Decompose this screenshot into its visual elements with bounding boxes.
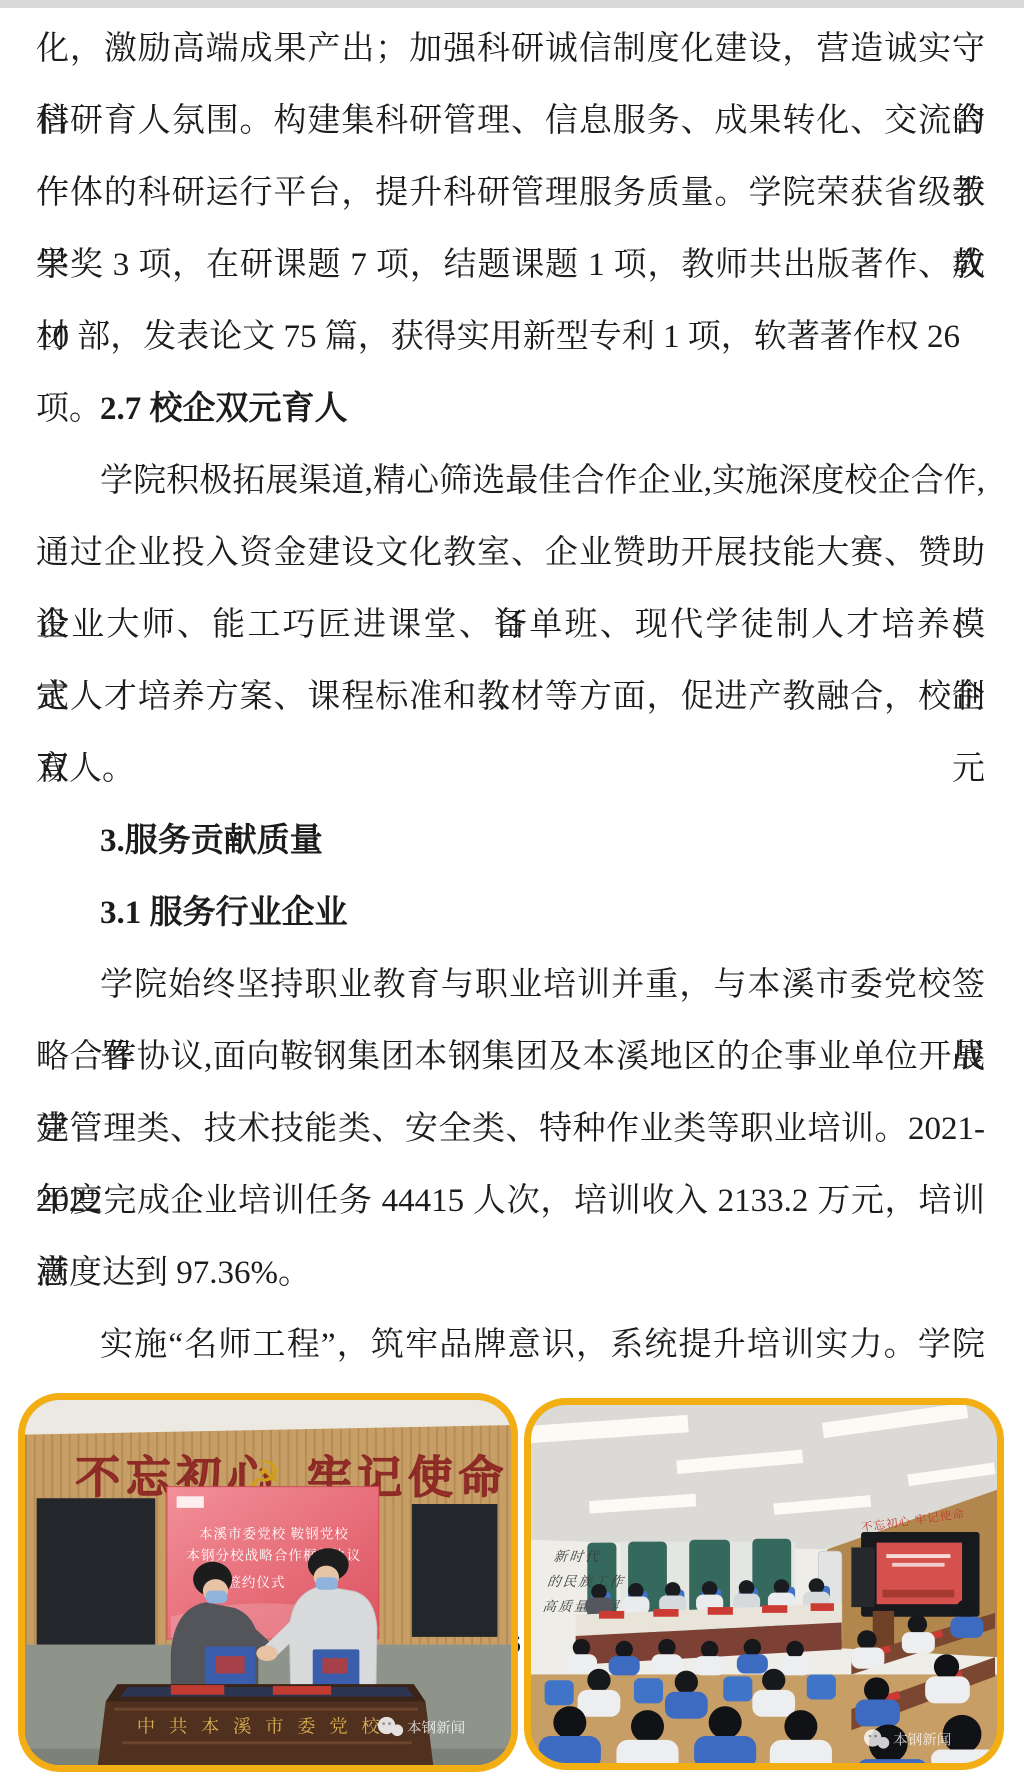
face-mask: [316, 1577, 338, 1590]
text-line: 年度完成企业培训任务 44415 人次，培训收入 2133.2 万元，培训满: [36, 1165, 985, 1237]
blackboard-right: [412, 1504, 498, 1637]
audience-row-mid: [545, 1669, 836, 1719]
text-line: 定人才培养方案、课程标准和教材等方面，促进产教融合，校企双元: [36, 661, 985, 733]
speaker: [851, 1547, 874, 1607]
document-text: 化，激励高端成果产出；加强科研诚信制度化建设，营造诚实守信的 科研育人氛围。构建…: [36, 13, 985, 1381]
photo-training-meeting: 不忘初心 牢记使命 新时代 的民族工作 高质量发展: [524, 1398, 1004, 1770]
blackboard-left: [37, 1498, 156, 1644]
text-line: 建管理类、技术技能类、安全类、特种作业类等职业培训。2021-2022: [36, 1093, 985, 1165]
text-line: 化，激励高端成果产出；加强科研诚信制度化建设，营造诚实守信的: [36, 13, 985, 85]
screen-title-line1: 本溪市委党校 鞍钢党校: [199, 1526, 349, 1542]
screen-logo: [177, 1496, 204, 1508]
text-line: 略合作协议,面向鞍钢集团本钢集团及本溪地区的企事业单位开展党: [36, 1021, 985, 1093]
photo-signing-ceremony: 不忘初心 ☭ 牢记使命 本溪市委党校 鞍钢党校 本钢分校战略合作框架协议 签约仪…: [18, 1393, 518, 1772]
watermark-text: 本钢新闻: [893, 1732, 951, 1749]
podium-nameplate: 中共本溪市委党校: [137, 1716, 394, 1736]
section-heading: 3.1 服务行业企业: [36, 877, 985, 949]
calligraphy-line2: 的民族工作: [546, 1574, 626, 1589]
text-line: 学院积极拓展渠道,精心筛选最佳合作企业,实施深度校企合作,: [36, 445, 985, 517]
text-line: 一体的科研运行平台，提升科研管理服务质量。学院荣获省级教学成: [36, 157, 985, 229]
text-line: 科研育人氛围。构建集科研管理、信息服务、成果转化、交流合作于: [36, 85, 985, 157]
handshake: [256, 1646, 277, 1661]
text-line: 学院始终坚持职业教育与职业培训并重，与本溪市委党校签署战: [36, 949, 985, 1021]
red-folder: [273, 1686, 331, 1695]
top-divider-bar: [0, 0, 1024, 8]
red-folder: [171, 1685, 224, 1695]
section-heading: 3.服务贡献质量: [36, 805, 985, 877]
text-line: 企业大师、能工巧匠进课堂、订单班、现代学徒制人才培养模式、制: [36, 589, 985, 661]
document-page: { "page": { "number": "6", "accent_borde…: [0, 0, 1024, 1774]
text-line: 实施“名师工程”，筑牢品牌意识，系统提升培训实力。学院: [36, 1309, 985, 1381]
section-heading: 2.7 校企双元育人: [36, 373, 985, 445]
text-line: 意度达到 97.36%。: [36, 1237, 985, 1309]
training-meeting-illustration: 不忘初心 牢记使命 新时代 的民族工作 高质量发展: [531, 1405, 997, 1763]
text-line: 通过企业投入资金建设文化教室、企业赞助开展技能大赛、赞助设备、: [36, 517, 985, 589]
signing-ceremony-illustration: 不忘初心 ☭ 牢记使命 本溪市委党校 鞍钢党校 本钢分校战略合作框架协议 签约仪…: [25, 1400, 511, 1765]
screen-title-line3: 签约仪式: [227, 1575, 285, 1590]
calligraphy-line1: 新时代: [553, 1549, 601, 1564]
text-line: 果奖 3 项，在研课题 7 项，结题课题 1 项，教师共出版著作、教材: [36, 229, 985, 301]
watermark-text: 本钢新闻: [407, 1719, 465, 1736]
text-line: 10 部，发表论文 75 篇，获得实用新型专利 1 项，软著著作权 26 项。: [36, 301, 985, 373]
face-mask: [206, 1591, 227, 1604]
